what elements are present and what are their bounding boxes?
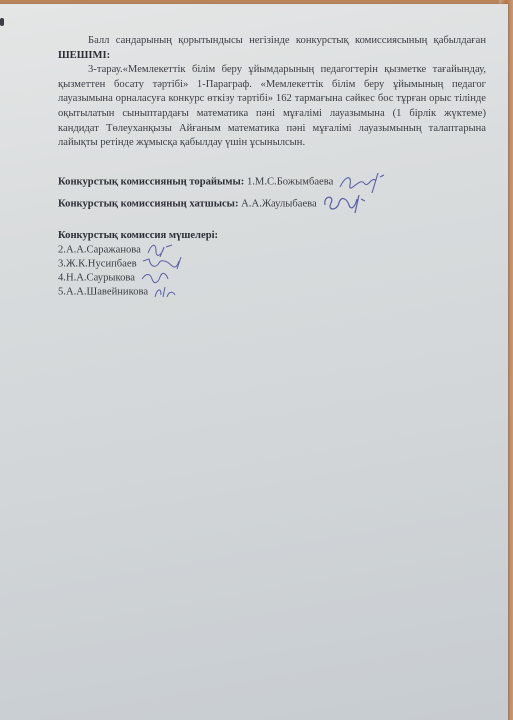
chairperson-signature-icon: [338, 171, 386, 193]
secretary-line: Конкурстық комиссияның хатшысы: А.А.Жаул…: [58, 193, 486, 215]
member-name: 5.А.А.Шавейникова: [58, 287, 148, 298]
member-item: 5.А.А.Шавейникова: [58, 285, 486, 299]
member-name: 3.Ж.К.Нусипбаев: [58, 259, 137, 270]
member-signature-icon: [140, 271, 170, 285]
member-item: 2.А.А.Саражанова: [58, 243, 486, 257]
margin-mark: [0, 18, 4, 26]
member-name: 2.А.А.Саражанова: [58, 245, 141, 256]
secretary-signature-icon: [321, 193, 369, 215]
intro-text: Балл сандарының қорытындысы негізінде ко…: [88, 35, 486, 46]
member-item: 3.Ж.К.Нусипбаев: [58, 257, 486, 271]
decision-heading: ШЕШІМІ:: [58, 50, 110, 61]
intro-paragraph: Балл сандарының қорытындысы негізінде ко…: [58, 34, 486, 63]
member-signature-icon: [146, 243, 176, 257]
secretary-role: Конкурстық комиссияның хатшысы:: [58, 198, 238, 209]
member-name: 4.Н.А.Саурыкова: [58, 273, 135, 284]
members-title: Конкурстық комиссия мүшелері:: [58, 229, 486, 244]
decision-paragraph: 3-тарау.«Мемлекеттік білім беру ұйымдары…: [58, 63, 486, 151]
member-signature-icon: [153, 285, 179, 299]
chairperson-line: Конкурстық комиссияның торайымы: 1.М.С.Б…: [58, 171, 486, 193]
chairperson-name: 1.М.С.Божымбаева: [247, 176, 333, 187]
chairperson-role: Конкурстық комиссияның торайымы:: [58, 176, 244, 187]
secretary-name: А.А.Жаулыбаева: [241, 198, 317, 209]
document-page: Балл сандарының қорытындысы негізінде ко…: [0, 4, 508, 720]
document-content: Балл сандарының қорытындысы негізінде ко…: [58, 34, 486, 299]
member-item: 4.Н.А.Саурыкова: [58, 271, 486, 285]
officers-block: Конкурстық комиссияның торайымы: 1.М.С.Б…: [58, 171, 486, 215]
members-list: 2.А.А.Саражанова 3.Ж.К.Нусипбаев 4.Н.А.С…: [58, 243, 486, 299]
member-signature-icon: [141, 257, 185, 271]
